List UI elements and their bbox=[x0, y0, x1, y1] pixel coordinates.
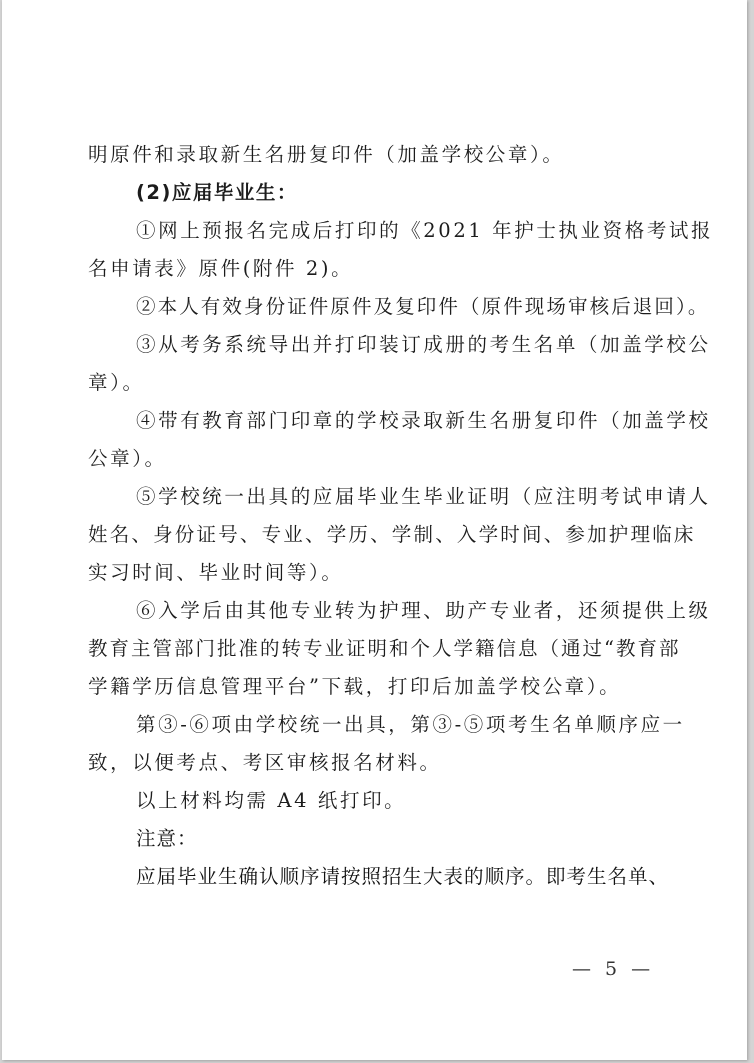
list-item-2: ②本人有效身份证件原件及复印件（原件现场审核后退回）。 bbox=[136, 295, 709, 319]
text-line: 姓名、身份证号、专业、学历、学制、入学时间、参加护理临床 bbox=[88, 523, 696, 547]
text-line: 学籍学历信息管理平台”下载，打印后加盖学校公章）。 bbox=[88, 675, 621, 699]
text-line: 实习时间、毕业时间等）。 bbox=[88, 561, 343, 585]
text-line: 教育主管部门批准的转专业证明和个人学籍信息（通过“教育部 bbox=[88, 637, 680, 661]
text-line: 公章）。 bbox=[88, 447, 167, 471]
list-item-4: ④带有教育部门印章的学校录取新生名册复印件（加盖学校 bbox=[136, 409, 711, 433]
list-item-3: ③从考务系统导出并打印装订成册的考生名单（加盖学校公 bbox=[136, 333, 711, 357]
text-line: 以上材料均需 A4 纸打印。 bbox=[136, 789, 406, 813]
text-line: 章）。 bbox=[88, 371, 145, 395]
text-line: 名申请表》原件(附件 2)。 bbox=[88, 257, 353, 281]
list-item-5: ⑤学校统一出具的应届毕业生毕业证明（应注明考试申请人 bbox=[136, 485, 711, 509]
section-heading: (2)应届毕业生： bbox=[136, 181, 298, 205]
list-item-6: ⑥入学后由其他专业转为护理、助产专业者，还须提供上级 bbox=[136, 599, 711, 623]
document-page: 明原件和录取新生名册复印件（加盖学校公章）。 (2)应届毕业生： ①网上预报名完… bbox=[2, 0, 747, 1060]
text-line: 明原件和录取新生名册复印件（加盖学校公章）。 bbox=[88, 143, 564, 167]
note-text: 应届毕业生确认顺序请按照招生大表的顺序。即考生名单、 bbox=[136, 865, 669, 889]
text-line: 致，以便考点、考区审核报名材料。 bbox=[88, 751, 442, 775]
note-heading: 注意： bbox=[136, 827, 198, 851]
text-line: 第③-⑥项由学校统一出具，第③-⑤项考生名单顺序应一 bbox=[136, 713, 685, 737]
page-number: — 5 — bbox=[572, 958, 654, 980]
list-item-1: ①网上预报名完成后打印的《2021 年护士执业资格考试报 bbox=[136, 219, 713, 243]
